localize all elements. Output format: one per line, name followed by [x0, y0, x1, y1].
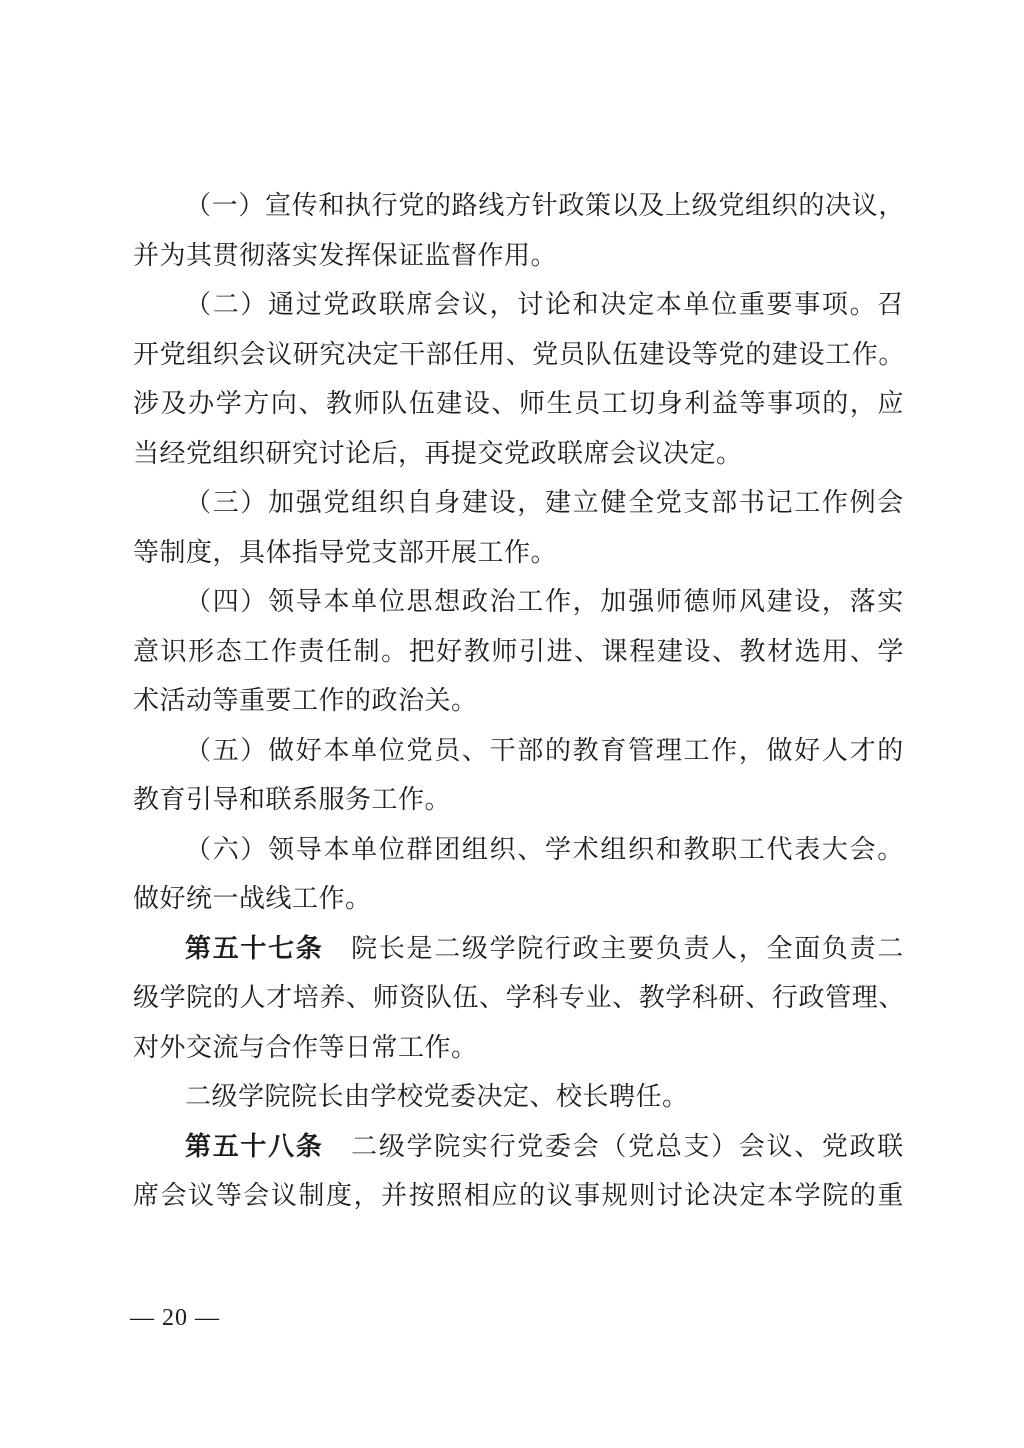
- text-line: 级学院的人才培养、师资队伍、学科专业、教学科研、行政管理、: [133, 973, 905, 1023]
- line-text: 并为其贯彻落实发挥保证监督作用。: [133, 241, 557, 270]
- text-line-content: （六）领导本单位群团组织、学术组织和教职工代表大会。: [185, 835, 905, 864]
- text-line: 席会议等会议制度，并按照相应的议事规则讨论决定本学院的重: [133, 1171, 905, 1221]
- line-text: （三）加强党组织自身建设，建立健全党支部书记工作例会: [185, 488, 905, 517]
- document-body: （一）宣传和执行党的路线方针政策以及上级党组织的决议，并为其贯彻落实发挥保证监督…: [133, 181, 905, 1221]
- text-line-content: （三）加强党组织自身建设，建立健全党支部书记工作例会: [185, 488, 905, 517]
- line-text: 级学院的人才培养、师资队伍、学科专业、教学科研、行政管理、: [133, 983, 905, 1012]
- line-text: 等制度，具体指导党支部开展工作。: [133, 538, 557, 567]
- text-line: （一）宣传和执行党的路线方针政策以及上级党组织的决议，: [133, 181, 905, 231]
- line-text: 二级学院院长由学校党委决定、校长聘任。: [185, 1082, 689, 1111]
- text-line: 等制度，具体指导党支部开展工作。: [133, 528, 905, 578]
- text-line: 当经党组织研究讨论后，再提交党政联席会议决定。: [133, 429, 905, 479]
- line-text: 当经党组织研究讨论后，再提交党政联席会议决定。: [133, 439, 743, 468]
- line-text: 术活动等重要工作的政治关。: [133, 686, 478, 715]
- line-text: 对外交流与合作等日常工作。: [133, 1033, 478, 1062]
- text-line: 开党组织会议研究决定干部任用、党员队伍建设等党的建设工作。: [133, 330, 905, 380]
- text-line: 术活动等重要工作的政治关。: [133, 676, 905, 726]
- text-line: （四）领导本单位思想政治工作，加强师德师风建设，落实: [133, 577, 905, 627]
- text-line-content: 二级学院院长由学校党委决定、校长聘任。: [185, 1082, 689, 1111]
- text-line: （五）做好本单位党员、干部的教育管理工作，做好人才的: [133, 726, 905, 776]
- page-number: — 20 —: [130, 1305, 220, 1331]
- text-line-content: 涉及办学方向、教师队伍建设、师生员工切身利益等事项的，应: [133, 389, 905, 418]
- article-number: 第五十八条: [185, 1132, 323, 1161]
- line-text: 开党组织会议研究决定干部任用、党员队伍建设等党的建设工作。: [133, 340, 905, 369]
- text-line-content: （一）宣传和执行党的路线方针政策以及上级党组织的决议，: [185, 191, 905, 220]
- text-line-content: 对外交流与合作等日常工作。: [133, 1033, 478, 1062]
- line-text: 意识形态工作责任制。把好教师引进、课程建设、教材选用、学: [133, 637, 905, 666]
- text-line: 并为其贯彻落实发挥保证监督作用。: [133, 231, 905, 281]
- line-text: 院长是二级学院行政主要负责人，全面负责二: [323, 934, 905, 963]
- text-line: 教育引导和联系服务工作。: [133, 775, 905, 825]
- text-line-content: 做好统一战线工作。: [133, 884, 372, 913]
- text-line-content: 教育引导和联系服务工作。: [133, 785, 451, 814]
- text-line: 意识形态工作责任制。把好教师引进、课程建设、教材选用、学: [133, 627, 905, 677]
- text-line: （二）通过党政联席会议，讨论和决定本单位重要事项。召: [133, 280, 905, 330]
- text-line-content: 第五十八条 二级学院实行党委会（党总支）会议、党政联: [185, 1132, 905, 1161]
- text-line-content: 开党组织会议研究决定干部任用、党员队伍建设等党的建设工作。: [133, 340, 905, 369]
- text-line: 做好统一战线工作。: [133, 874, 905, 924]
- text-line-content: 术活动等重要工作的政治关。: [133, 686, 478, 715]
- line-text: 涉及办学方向、教师队伍建设、师生员工切身利益等事项的，应: [133, 389, 905, 418]
- text-line: （三）加强党组织自身建设，建立健全党支部书记工作例会: [133, 478, 905, 528]
- line-text: （二）通过党政联席会议，讨论和决定本单位重要事项。召: [185, 290, 905, 319]
- text-line-content: 并为其贯彻落实发挥保证监督作用。: [133, 241, 557, 270]
- line-text: （一）宣传和执行党的路线方针政策以及上级党组织的决议，: [185, 191, 905, 220]
- line-text: （六）领导本单位群团组织、学术组织和教职工代表大会。: [185, 835, 905, 864]
- line-text: 教育引导和联系服务工作。: [133, 785, 451, 814]
- text-line-content: 等制度，具体指导党支部开展工作。: [133, 538, 557, 567]
- text-line: 涉及办学方向、教师队伍建设、师生员工切身利益等事项的，应: [133, 379, 905, 429]
- article-number: 第五十七条: [185, 934, 323, 963]
- text-line: 二级学院院长由学校党委决定、校长聘任。: [133, 1072, 905, 1122]
- line-text: 席会议等会议制度，并按照相应的议事规则讨论决定本学院的重: [133, 1181, 905, 1210]
- text-line-content: 当经党组织研究讨论后，再提交党政联席会议决定。: [133, 439, 743, 468]
- line-text: 做好统一战线工作。: [133, 884, 372, 913]
- text-line-content: 意识形态工作责任制。把好教师引进、课程建设、教材选用、学: [133, 637, 905, 666]
- text-line-content: 级学院的人才培养、师资队伍、学科专业、教学科研、行政管理、: [133, 983, 905, 1012]
- text-line: 对外交流与合作等日常工作。: [133, 1023, 905, 1073]
- text-line-content: （二）通过党政联席会议，讨论和决定本单位重要事项。召: [185, 290, 905, 319]
- text-line: （六）领导本单位群团组织、学术组织和教职工代表大会。: [133, 825, 905, 875]
- text-line-content: 席会议等会议制度，并按照相应的议事规则讨论决定本学院的重: [133, 1181, 905, 1210]
- text-line-content: 第五十七条 院长是二级学院行政主要负责人，全面负责二: [185, 934, 905, 963]
- line-text: （五）做好本单位党员、干部的教育管理工作，做好人才的: [185, 736, 905, 765]
- text-line-content: （四）领导本单位思想政治工作，加强师德师风建设，落实: [185, 587, 905, 616]
- line-text: （四）领导本单位思想政治工作，加强师德师风建设，落实: [185, 587, 905, 616]
- text-line-content: （五）做好本单位党员、干部的教育管理工作，做好人才的: [185, 736, 905, 765]
- document-page: （一）宣传和执行党的路线方针政策以及上级党组织的决议，并为其贯彻落实发挥保证监督…: [0, 0, 1024, 1448]
- page-footer: — 20 —: [130, 1304, 220, 1332]
- text-line: 第五十七条 院长是二级学院行政主要负责人，全面负责二: [133, 924, 905, 974]
- text-line: 第五十八条 二级学院实行党委会（党总支）会议、党政联: [133, 1122, 905, 1172]
- line-text: 二级学院实行党委会（党总支）会议、党政联: [323, 1132, 905, 1161]
